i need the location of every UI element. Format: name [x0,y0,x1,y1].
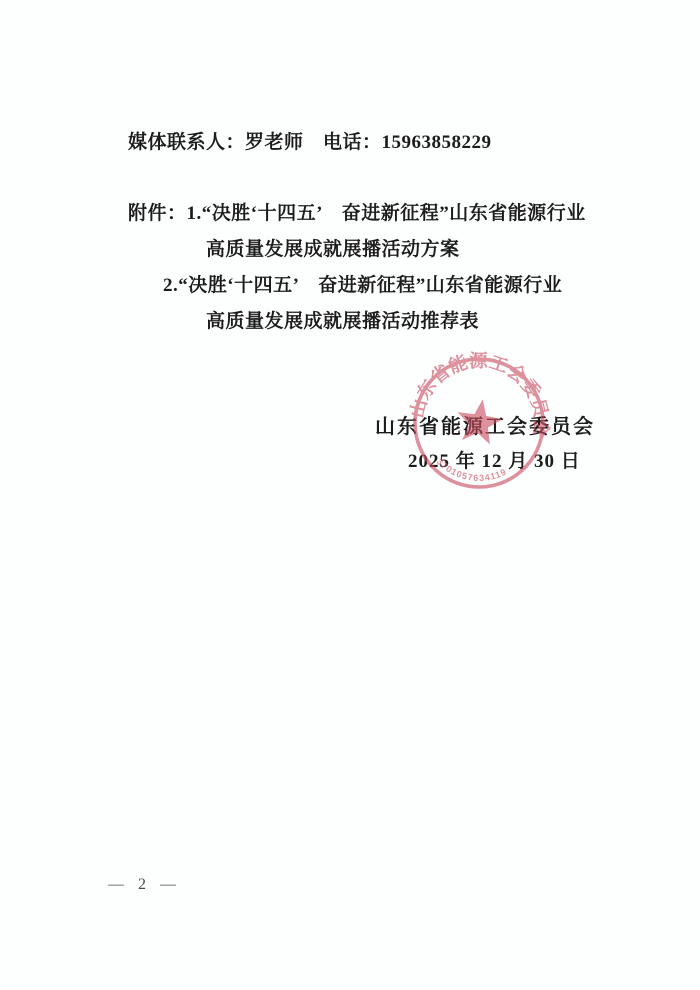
attachment-2-title-part-2: 高质量发展成就展播活动推荐表 [206,311,479,332]
attachment-2-index: 2. [163,275,178,296]
attachment-item-2-line-1: 2.“决胜‘十四五’ 奋进新征程”山东省能源行业 [163,270,562,297]
attachment-2-title-part-1: “决胜‘十四五’ 奋进新征程”山东省能源行业 [178,275,562,296]
attachment-item-1-line-1: 附件：1.“决胜‘十四五’ 奋进新征程”山东省能源行业 [128,198,586,225]
attachment-1-title-part-1: “决胜‘十四五’ 奋进新征程”山东省能源行业 [202,203,586,224]
contact-line: 媒体联系人：罗老师 电话：15963858229 [128,127,492,154]
attachment-item-1-line-2: 高质量发展成就展播活动方案 [206,234,460,261]
document-page: 媒体联系人：罗老师 电话：15963858229 附件：1.“决胜‘十四五’ 奋… [0,0,700,990]
attachment-item-2-line-2: 高质量发展成就展播活动推荐表 [206,306,479,333]
signature-organization: 山东省能源工会委员会 [375,410,595,439]
attachment-1-index: 1. [187,203,202,224]
page-number: — 2 — [108,876,181,894]
signature-date: 2025 年 12 月 30 日 [408,446,581,473]
attachments-label: 附件： [128,203,187,224]
attachment-1-title-part-2: 高质量发展成就展播活动方案 [206,239,460,260]
